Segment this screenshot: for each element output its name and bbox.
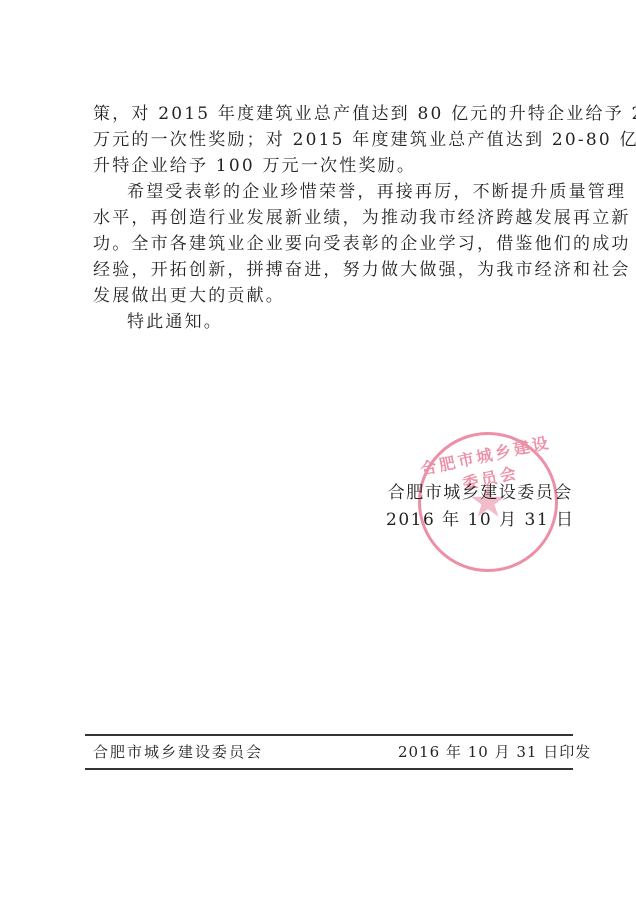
- body-line: 希望受表彰的企业珍惜荣誉，再接再厉，不断提升质量管理: [93, 179, 573, 205]
- signature-date: 2016 年 10 月 31 日: [386, 507, 575, 534]
- body-line: 升特企业给予 100 万元一次性奖励。: [93, 153, 573, 179]
- body-line: 水平，再创造行业发展新业绩，为推动我市经济跨越发展再立新: [93, 205, 573, 231]
- footer-bottom-rule: [85, 768, 573, 770]
- body-line: 功。全市各建筑业企业要向受表彰的企业学习，借鉴他们的成功: [93, 231, 573, 257]
- body-line: 万元的一次性奖励；对 2015 年度建筑业总产值达到 20-80 亿元的: [93, 127, 573, 153]
- body-line: 经验，开拓创新，拼搏奋进，努力做大做强，为我市经济和社会: [93, 257, 573, 283]
- signature-block: 合肥市城乡建设委员会 2016 年 10 月 31 日: [386, 480, 575, 534]
- body-line: 策，对 2015 年度建筑业总产值达到 80 亿元的升特企业给予 200: [93, 101, 573, 127]
- footer-top-rule: [85, 734, 573, 736]
- signature-organization: 合肥市城乡建设委员会: [386, 480, 575, 507]
- document-page: 策，对 2015 年度建筑业总产值达到 80 亿元的升特企业给予 200 万元的…: [0, 0, 636, 900]
- closing-line: 特此通知。: [93, 309, 573, 335]
- document-body: 策，对 2015 年度建筑业总产值达到 80 亿元的升特企业给予 200 万元的…: [93, 101, 573, 335]
- footer-issued-date: 2016 年 10 月 31 日印发: [398, 741, 591, 762]
- body-line: 发展做出更大的贡献。: [93, 283, 573, 309]
- footer-issuer: 合肥市城乡建设委员会: [93, 741, 263, 762]
